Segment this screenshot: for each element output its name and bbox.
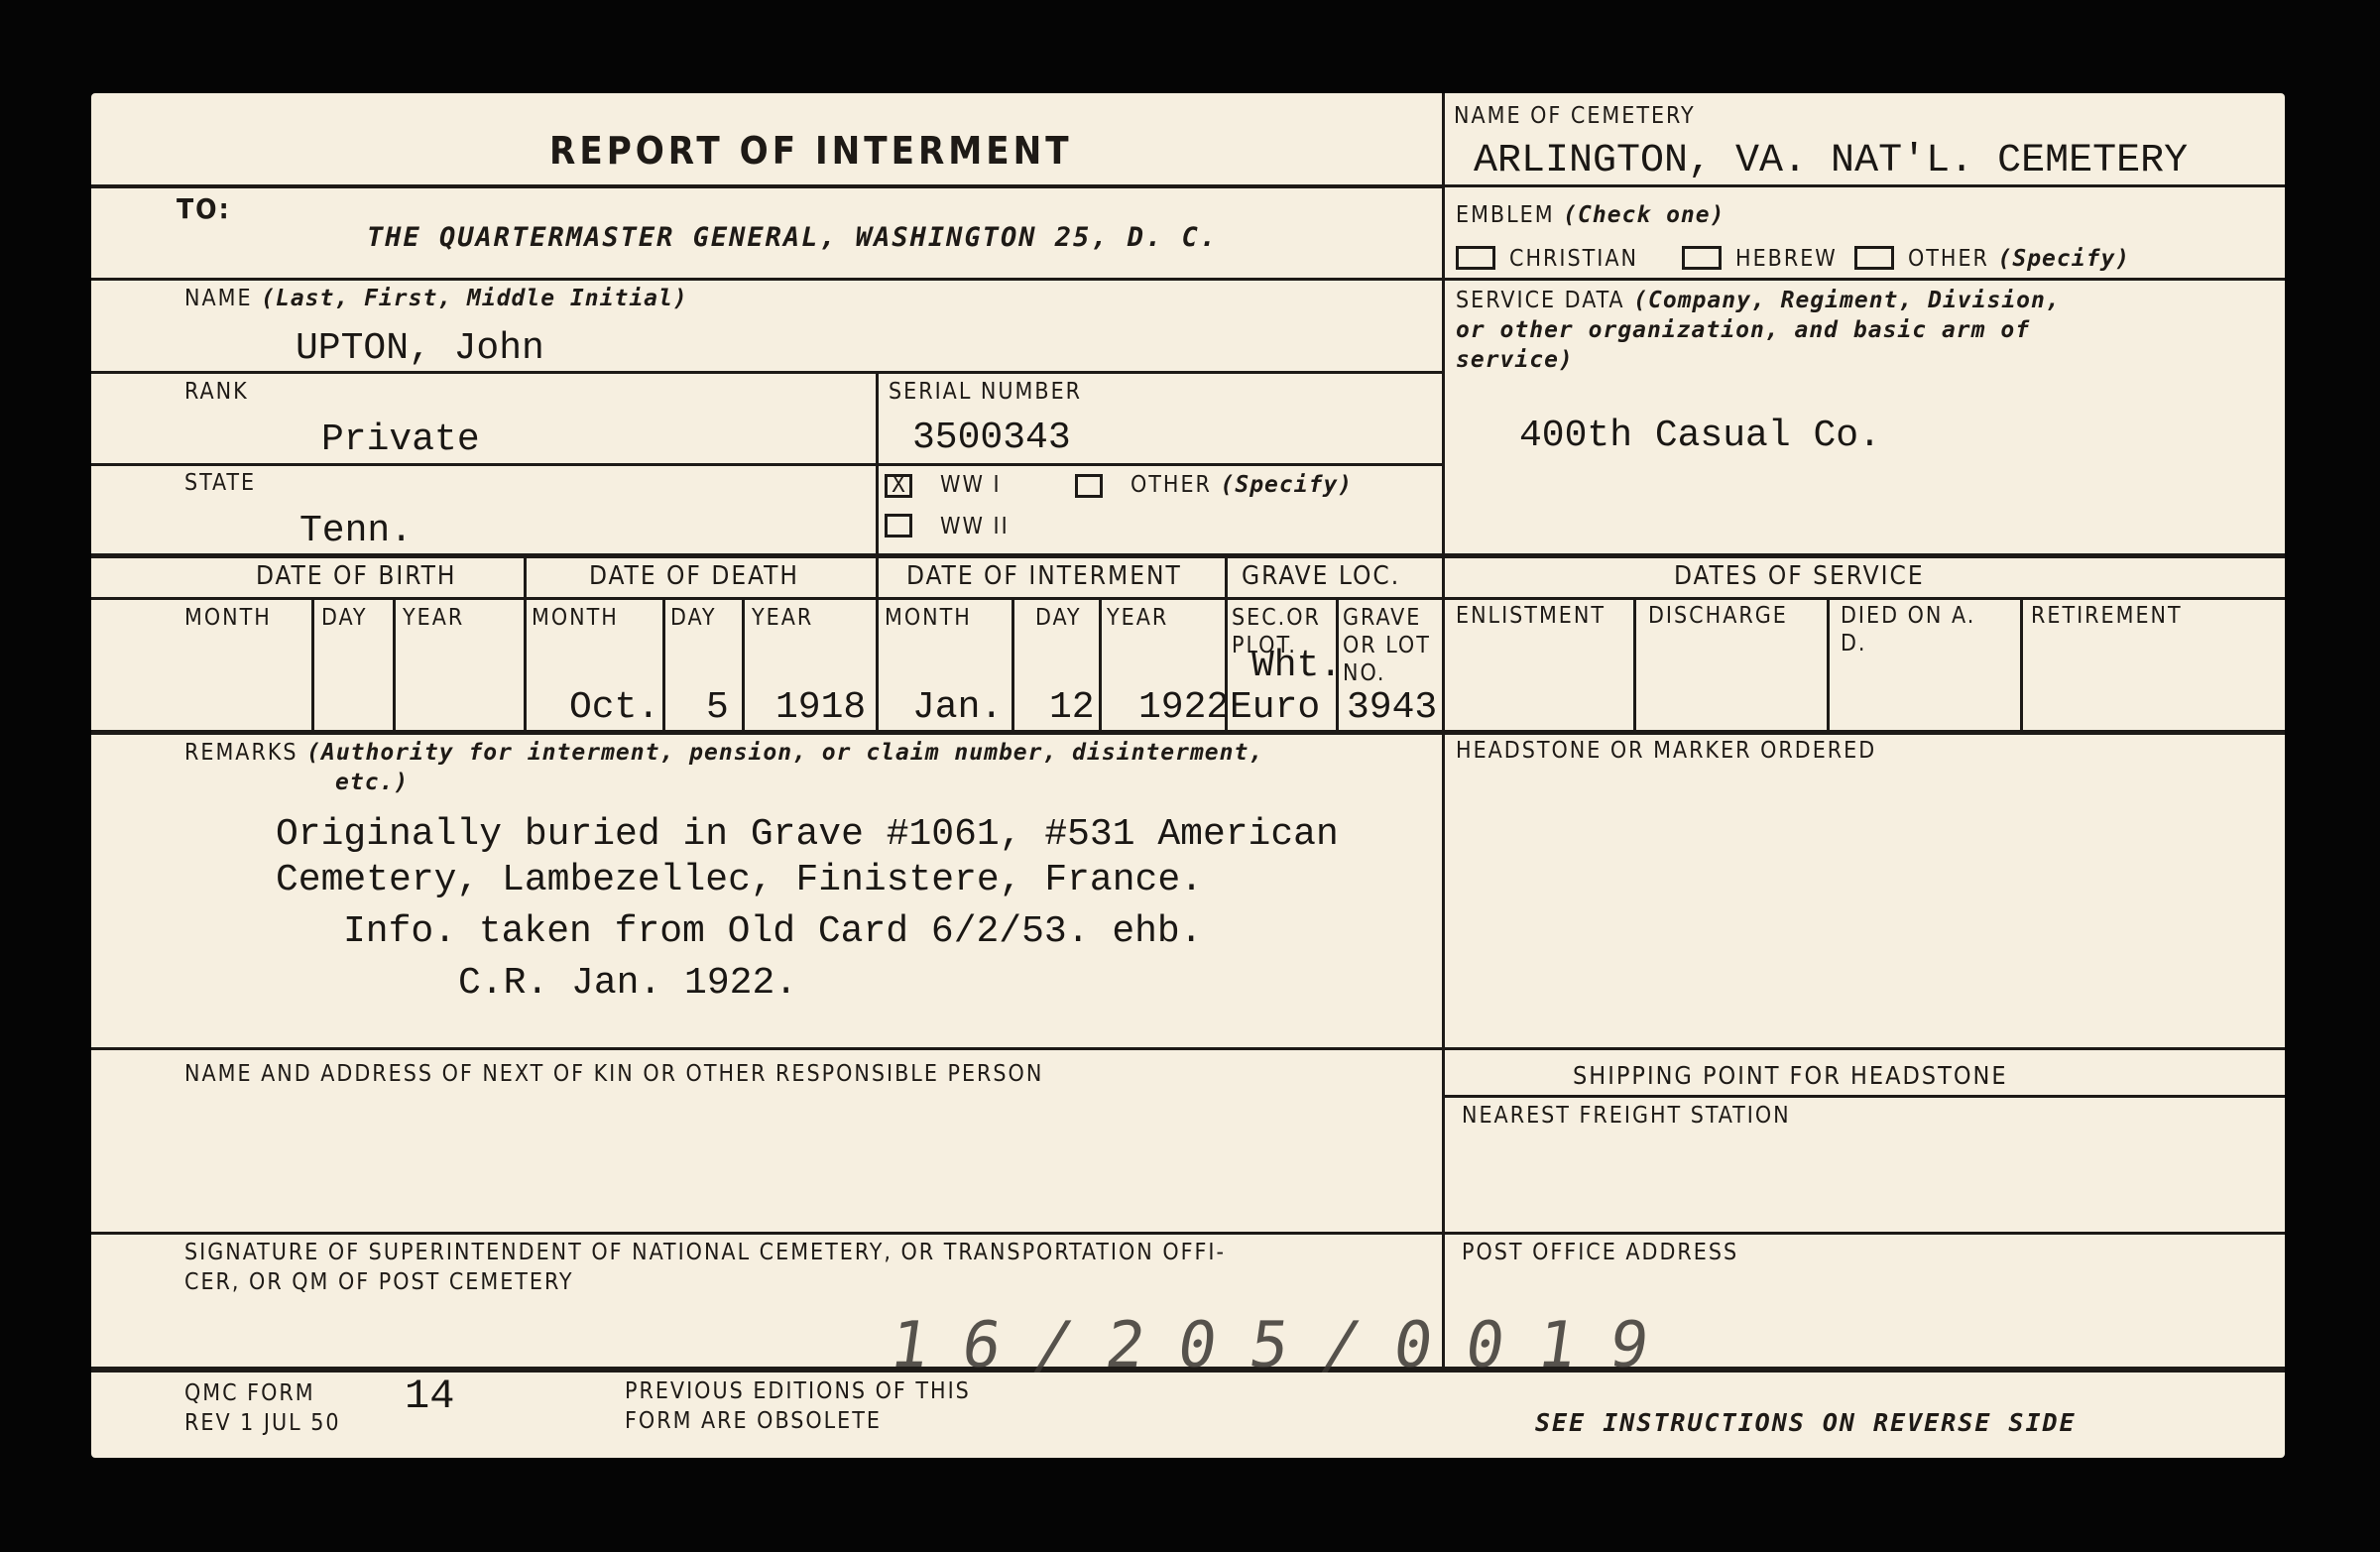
form-title: REPORT OF INTERMENT	[549, 129, 1073, 173]
emblem-hint: (Check one)	[1563, 202, 1725, 228]
divider	[91, 184, 1445, 188]
name-label: NAME (Last, First, Middle Initial)	[184, 284, 688, 313]
to-value: THE QUARTERMASTER GENERAL, WASHINGTON 25…	[367, 222, 1218, 253]
birth-month-label: MONTH	[184, 603, 272, 633]
grave-header: GRAVE LOC.	[1242, 561, 1400, 591]
divider	[91, 597, 2285, 600]
ww1-checkbox[interactable]: X	[885, 474, 912, 498]
rank-label: RANK	[184, 377, 249, 407]
ww2-checkbox[interactable]	[885, 514, 912, 537]
emblem-label: EMBLEM (Check one)	[1456, 200, 1725, 230]
divider	[311, 597, 314, 732]
divider	[1099, 597, 1102, 732]
christian-label: CHRISTIAN	[1509, 244, 1638, 274]
state-label: STATE	[184, 468, 256, 498]
section-value-1: Wht.	[1251, 645, 1342, 687]
service-hint: (Company, Regiment, Division,	[1633, 288, 2061, 313]
signature-label-1: SIGNATURE OF SUPERINTENDENT OF NATIONAL …	[184, 1238, 1226, 1267]
lot-label-3: NO.	[1343, 658, 1385, 688]
service-hint-3: service)	[1456, 347, 1574, 373]
divider	[91, 1232, 2285, 1235]
remarks-label: REMARKS (Authority for interment, pensio…	[184, 738, 1263, 768]
divider	[1445, 184, 2285, 187]
serial-value: 3500343	[912, 417, 1071, 459]
christian-checkbox[interactable]	[1456, 246, 1495, 270]
service-hint-line-2: or other organization, and basic arm of	[1456, 315, 2030, 345]
other-war-label: OTHER (Specify)	[1130, 470, 1353, 500]
interment-day-label: DAY	[1035, 603, 1082, 633]
stamped-number: 16/205/0019	[886, 1309, 1687, 1382]
state-value: Tenn.	[299, 510, 413, 552]
obsolete-notice-1: PREVIOUS EDITIONS OF THIS	[625, 1376, 971, 1406]
rank-value: Private	[321, 418, 480, 461]
death-day-label: DAY	[670, 603, 717, 633]
other-emblem-label: OTHER (Specify)	[1908, 244, 2130, 274]
interment-card: REPORT OF INTERMENT TO: THE QUARTERMASTE…	[91, 93, 2285, 1458]
to-label: TO:	[177, 194, 231, 224]
service-label-text: SERVICE DATA	[1456, 288, 1625, 313]
divider	[1633, 597, 1636, 732]
divider	[1445, 1095, 2285, 1098]
other-emblem-hint: (Specify)	[1998, 246, 2131, 272]
remarks-line-1: Originally buried in Grave #1061, #531 A…	[276, 813, 1339, 856]
interment-month: Jan.	[912, 686, 1003, 729]
birth-header: DATE OF BIRTH	[256, 561, 457, 591]
remarks-line-2: Cemetery, Lambezellec, Finistere, France…	[276, 859, 1203, 901]
remarks-hint-2: etc.)	[335, 770, 409, 795]
divider	[91, 730, 2285, 735]
interment-month-label: MONTH	[885, 603, 972, 633]
died-label-2: D.	[1841, 629, 1867, 658]
death-year-label: YEAR	[752, 603, 813, 633]
other-emblem-checkbox[interactable]	[1854, 246, 1894, 270]
interment-header: DATE OF INTERMENT	[906, 561, 1182, 591]
section-label-1: SEC.OR	[1232, 603, 1321, 633]
lot-value: 3943	[1347, 686, 1437, 729]
name-label-text: NAME	[184, 286, 253, 311]
hebrew-label: HEBREW	[1735, 244, 1838, 274]
retirement-label: RETIREMENT	[2031, 601, 2183, 631]
obsolete-notice-2: FORM ARE OBSOLETE	[625, 1406, 882, 1436]
service-hint-2: or other organization, and basic arm of	[1456, 317, 2030, 343]
interment-year: 1922	[1138, 686, 1229, 729]
service-hint-line-3: service)	[1456, 345, 1574, 375]
emblem-label-text: EMBLEM	[1456, 202, 1555, 228]
death-month: Oct.	[569, 686, 659, 729]
service-dates-header: DATES OF SERVICE	[1674, 561, 1925, 591]
divider	[91, 463, 1445, 466]
divider	[876, 371, 879, 730]
died-label-1: DIED ON A.	[1841, 601, 1975, 631]
other-war-hint: (Specify)	[1221, 472, 1354, 498]
divider	[1442, 93, 1445, 1373]
form-id-label: QMC FORM	[184, 1378, 315, 1408]
remarks-line-3: Info. taken from Old Card 6/2/53. ehb.	[343, 910, 1203, 953]
divider	[2020, 597, 2023, 732]
remarks-hint: (Authority for interment, pension, or cl…	[306, 740, 1263, 766]
divider	[393, 597, 396, 732]
hebrew-checkbox[interactable]	[1682, 246, 1722, 270]
divider	[524, 553, 527, 732]
death-month-label: MONTH	[532, 603, 619, 633]
form-revision: REV 1 JUL 50	[184, 1408, 341, 1438]
remarks-hint-line-2: etc.)	[335, 768, 409, 797]
divider	[662, 597, 665, 732]
signature-label-2: CER, OR QM OF POST CEMETERY	[184, 1267, 574, 1297]
ww2-label: WW II	[940, 512, 1010, 541]
death-year: 1918	[775, 686, 866, 729]
lot-label-1: GRAVE	[1343, 603, 1421, 633]
divider	[742, 597, 745, 732]
other-war-text: OTHER	[1130, 472, 1212, 498]
next-of-kin-label: NAME AND ADDRESS OF NEXT OF KIN OR OTHER…	[184, 1059, 1043, 1089]
discharge-label: DISCHARGE	[1648, 601, 1788, 631]
divider	[1011, 597, 1014, 732]
remarks-line-4: C.R. Jan. 1922.	[458, 962, 797, 1005]
shipping-label: SHIPPING POINT FOR HEADSTONE	[1573, 1061, 2008, 1091]
interment-year-label: YEAR	[1107, 603, 1168, 633]
service-value: 400th Casual Co.	[1519, 415, 1881, 457]
other-emblem-text: OTHER	[1908, 246, 1989, 272]
other-war-checkbox[interactable]	[1075, 474, 1103, 498]
form-number: 14	[405, 1373, 454, 1420]
divider	[91, 371, 1445, 374]
divider	[1827, 597, 1830, 732]
serial-label: SERIAL NUMBER	[889, 377, 1082, 407]
post-office-label: POST OFFICE ADDRESS	[1462, 1238, 1738, 1267]
lot-label-2: OR LOT	[1343, 631, 1431, 660]
name-hint: (Last, First, Middle Initial)	[261, 286, 688, 311]
birth-day-label: DAY	[321, 603, 368, 633]
remarks-label-text: REMARKS	[184, 740, 298, 766]
death-header: DATE OF DEATH	[589, 561, 799, 591]
divider	[1445, 278, 2285, 281]
ww1-label: WW I	[940, 470, 1002, 500]
birth-year-label: YEAR	[403, 603, 464, 633]
death-day: 5	[706, 686, 729, 729]
service-label: SERVICE DATA (Company, Regiment, Divisio…	[1456, 286, 2061, 315]
name-value: UPTON, John	[296, 327, 544, 370]
instructions-notice: SEE INSTRUCTIONS ON REVERSE SIDE	[1535, 1408, 2077, 1437]
cemetery-value: ARLINGTON, VA. NAT'L. CEMETERY	[1474, 139, 2188, 183]
divider	[91, 553, 2285, 558]
enlistment-label: ENLISTMENT	[1456, 601, 1606, 631]
freight-label: NEAREST FREIGHT STATION	[1462, 1101, 1791, 1131]
divider	[91, 278, 1445, 281]
headstone-label: HEADSTONE OR MARKER ORDERED	[1456, 736, 1876, 766]
section-value-2: Euro	[1230, 686, 1320, 729]
cemetery-label: NAME OF CEMETERY	[1454, 101, 1696, 131]
divider	[91, 1047, 2285, 1050]
interment-day: 12	[1049, 686, 1095, 729]
